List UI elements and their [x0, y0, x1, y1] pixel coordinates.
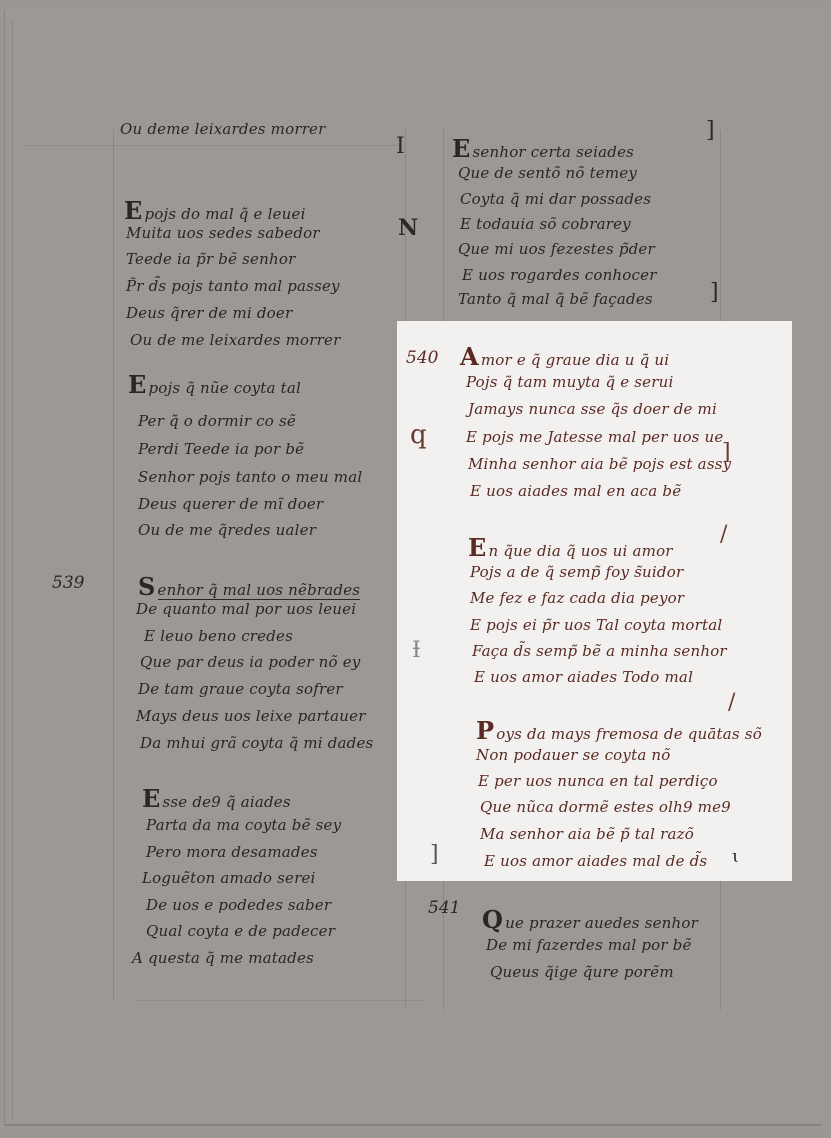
- verse-line: A questa q̃ me matades: [132, 949, 314, 967]
- verse-line: Minha senhor aia bẽ pojs est assy: [468, 455, 731, 473]
- verse-line: Pojs a de q̃ semp̃ foy s̃uidor: [470, 563, 683, 581]
- verse-line: Esse de9 q̃ aiades: [142, 784, 291, 813]
- verse-line: Me fez e faz cada dia peyor: [470, 589, 684, 607]
- verse-line: Poys da mays fremosa de quātas sõ: [476, 716, 762, 745]
- verse-line: Parta da ma coyta bẽ sey: [146, 816, 341, 834]
- initial-letter: Q: [482, 905, 503, 934]
- verse-line: De mi fazerdes mal por bẽ: [486, 936, 692, 954]
- verse-line: Muita uos sedes sabedor: [126, 224, 320, 242]
- verse-line: Que de sentõ nõ temey: [458, 164, 637, 182]
- verse-line: Que par deus ia poder nõ ey: [140, 653, 360, 671]
- verse-line: Senhor q̃ mal uos nẽbrades: [138, 572, 360, 601]
- verse-line: Que prazer auedes senhor: [482, 905, 698, 934]
- verse-line: De quanto mal por uos leuei: [136, 600, 356, 618]
- verse-line: Deus q̃rer de mi doer: [126, 304, 292, 322]
- verse-line: Ou de me q̃redes ualer: [138, 521, 316, 539]
- initial-letter: E: [452, 134, 471, 163]
- verse-line: De uos e podedes saber: [146, 896, 331, 914]
- verse-line: E pojs me Jatesse mal per uos ue: [466, 428, 723, 446]
- initial-letter: A: [460, 342, 479, 371]
- verse-line: Teede ia p̃r bẽ senhor: [126, 250, 295, 268]
- marginal-mark: ]: [722, 440, 731, 465]
- verse-line: E per uos nunca en tal perdiço: [478, 772, 718, 790]
- ruling-line: [25, 145, 405, 146]
- verse-line: Tanto q̃ mal q̃ bẽ façades: [458, 290, 653, 308]
- marginal-mark: I: [396, 134, 405, 159]
- verse-line: Deus querer de mĩ doer: [138, 495, 323, 513]
- marginal-mark: ]: [430, 842, 439, 867]
- verse-line: Pojs q̃ tam muyta q̃ e serui: [466, 373, 673, 391]
- verse-line: P̃r d̃s pojs tanto mal passey: [126, 277, 340, 295]
- marginal-mark: ]: [706, 118, 715, 143]
- verse-line: E pojs ei p̃r uos Tal coyta mortal: [470, 616, 722, 634]
- verse-line: De tam graue coyta sofrer: [138, 680, 343, 698]
- marginal-mark: Ɨ: [412, 638, 421, 663]
- verse-line: Amor e q̃ graue dia u q̃ ui: [460, 342, 669, 371]
- verse-line: E uos aiades mal en aca bẽ: [470, 482, 681, 500]
- verse-line: Ou de me leixardes morrer: [130, 331, 340, 349]
- verse-line: E leuo beno credes: [144, 627, 293, 645]
- initial-letter: E: [142, 784, 161, 813]
- verse-line: E todauia sõ cobrarey: [460, 215, 631, 233]
- marginal-mark: /: [720, 522, 727, 547]
- verse-line: Qual coyta e de padecer: [146, 922, 335, 940]
- marginal-mark: /: [728, 690, 735, 715]
- verse-line: Que mi uos fezestes p̃der: [458, 240, 655, 258]
- marginal-mark: ɩ: [732, 846, 739, 867]
- initial-letter: P: [476, 716, 494, 745]
- verse-line: Esenhor certa seiades: [452, 134, 634, 163]
- verse-line: Faça d̃s semp̃ bẽ a minha senhor: [472, 642, 727, 660]
- verse-line: Non podauer se coyta nõ: [476, 746, 671, 764]
- verse-line: E uos amor aiades mal de d̃s: [484, 852, 707, 870]
- verse-line: En q̃ue dia q̃ uos ui amor: [468, 533, 673, 562]
- initial-letter: S: [138, 572, 156, 601]
- verse-line: Per q̃ o dormir co sẽ: [138, 412, 296, 430]
- verse-line: E uos rogardes conhocer: [462, 266, 657, 284]
- ruling-line: [12, 20, 13, 1120]
- verse-line: Queus q̃ige q̃ure porẽm: [490, 963, 674, 981]
- verse-line: Epojs q̃ nũe coyta tal: [128, 370, 301, 399]
- verse-line: Pero mora desamades: [146, 843, 318, 861]
- marginal-mark: ]: [710, 280, 719, 305]
- poem-number: 540: [406, 348, 438, 368]
- initial-letter: E: [468, 533, 487, 562]
- verse-line: Mays deus uos leixe partauer: [136, 707, 366, 725]
- verse-line: Que nũca dormẽ estes olh9 me9: [480, 798, 731, 816]
- verse-line: Senhor pojs tanto o meu mal: [138, 468, 362, 486]
- ruling-line: [135, 1000, 425, 1001]
- verse-line: Perdi Teede ia por bẽ: [138, 440, 304, 458]
- marginal-mark: N: [398, 215, 418, 241]
- verse-line: Da mhui grã coyta q̃ mi dades: [140, 734, 373, 752]
- poem-number: 541: [428, 898, 460, 918]
- verse-line: Loguẽton amado serei: [142, 869, 316, 887]
- verse-line: Jamays nunca sse q̃s doer de mi: [468, 400, 717, 418]
- verse-line: Epojs do mal q̃ e leuei: [124, 196, 306, 225]
- verse-line: E uos amor aiades Todo mal: [474, 668, 693, 686]
- initial-letter: E: [124, 196, 143, 225]
- initial-letter: E: [128, 370, 147, 399]
- verse-line: Ou deme leixardes morrer: [120, 120, 326, 138]
- poem-number: 539: [52, 573, 84, 593]
- verse-line: Ma senhor aia bẽ p̃ tal razõ: [480, 825, 694, 843]
- verse-line: Coyta q̃ mi dar possades: [460, 190, 651, 208]
- ruling-line: [113, 130, 114, 1000]
- paragraph-mark: q: [410, 420, 427, 450]
